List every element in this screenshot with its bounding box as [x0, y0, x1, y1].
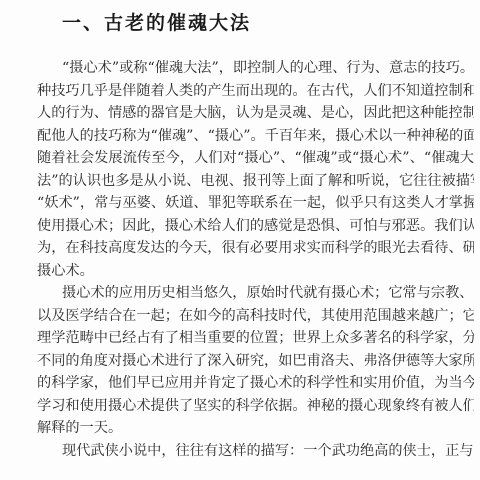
paragraph-1-line: 为，在科技高度发达的今天，很有必要用求实而科学的眼光去看待、研讨: [37, 237, 474, 259]
paragraph-1-line: 配他人的技巧称为“催魂”、“摄心”。千百年来，摄心术以一种神秘的面目: [37, 125, 474, 147]
paragraph-1-line: 随着社会发展流传至今，人们对“摄心”、“催魂”或“摄心术”、“催魂大: [37, 147, 474, 169]
paragraph-2-line: 的科学家，他们早已应用并肯定了摄心术的科学性和实用价值，为当今人们: [37, 372, 474, 394]
paragraph-1-line: 摄心术。: [37, 260, 474, 282]
paragraph-3-line: 现代武侠小说中，往往有这样的描写：一个武功绝高的侠士，正与一: [62, 440, 474, 462]
paragraph-2-line: 学习和使用摄心术提供了坚实的科学依据。神秘的摄心现象终有被人们完全: [37, 395, 474, 417]
paragraph-1-line: 种技巧几乎是伴随着人类的产生而出现的。在古代，人们不知道控制和支配: [37, 80, 474, 102]
paragraph-1-line: 使用摄心术；因此，摄心术给人们的感觉是恐惧、可怕与邪恶。我们认: [37, 215, 474, 237]
paragraph-2-line: 解释的一天。: [37, 417, 474, 439]
paragraph-1-line: “妖术”，常与巫婆、妖道、罪犯等联系在一起，似乎只有这类人才掌握并: [37, 192, 474, 214]
paragraph-1-line: 法”的认识也多是从小说、电视、报刊等上面了解和听说，它往往被描写成: [37, 170, 474, 192]
paragraph-2-line: 以及医学结合在一起；在如今的高科技时代，其使用范围越来越广；它在心: [37, 305, 474, 327]
paragraph-1-line: 人的行为、情感的器官是大脑，认为是灵魂、是心，因此把这种能控制、支: [37, 102, 474, 124]
section-title: 一、古老的催魂大法: [62, 8, 251, 35]
paragraph-1-line: “摄心术”或称“催魂大法”，即控制人的心理、行为、意志的技巧。这: [62, 57, 474, 79]
paragraph-2-line: 不同的角度对摄心术进行了深入研究，如巴甫洛夫、弗洛伊德等大家所熟知: [37, 350, 474, 372]
paragraph-2-line: 摄心术的应用历史相当悠久，原始时代就有摄心术；它常与宗教、权力: [62, 282, 474, 304]
paragraph-2-line: 理学范畴中已经占有了相当重要的位置；世界上众多著名的科学家，分别从: [37, 327, 474, 349]
